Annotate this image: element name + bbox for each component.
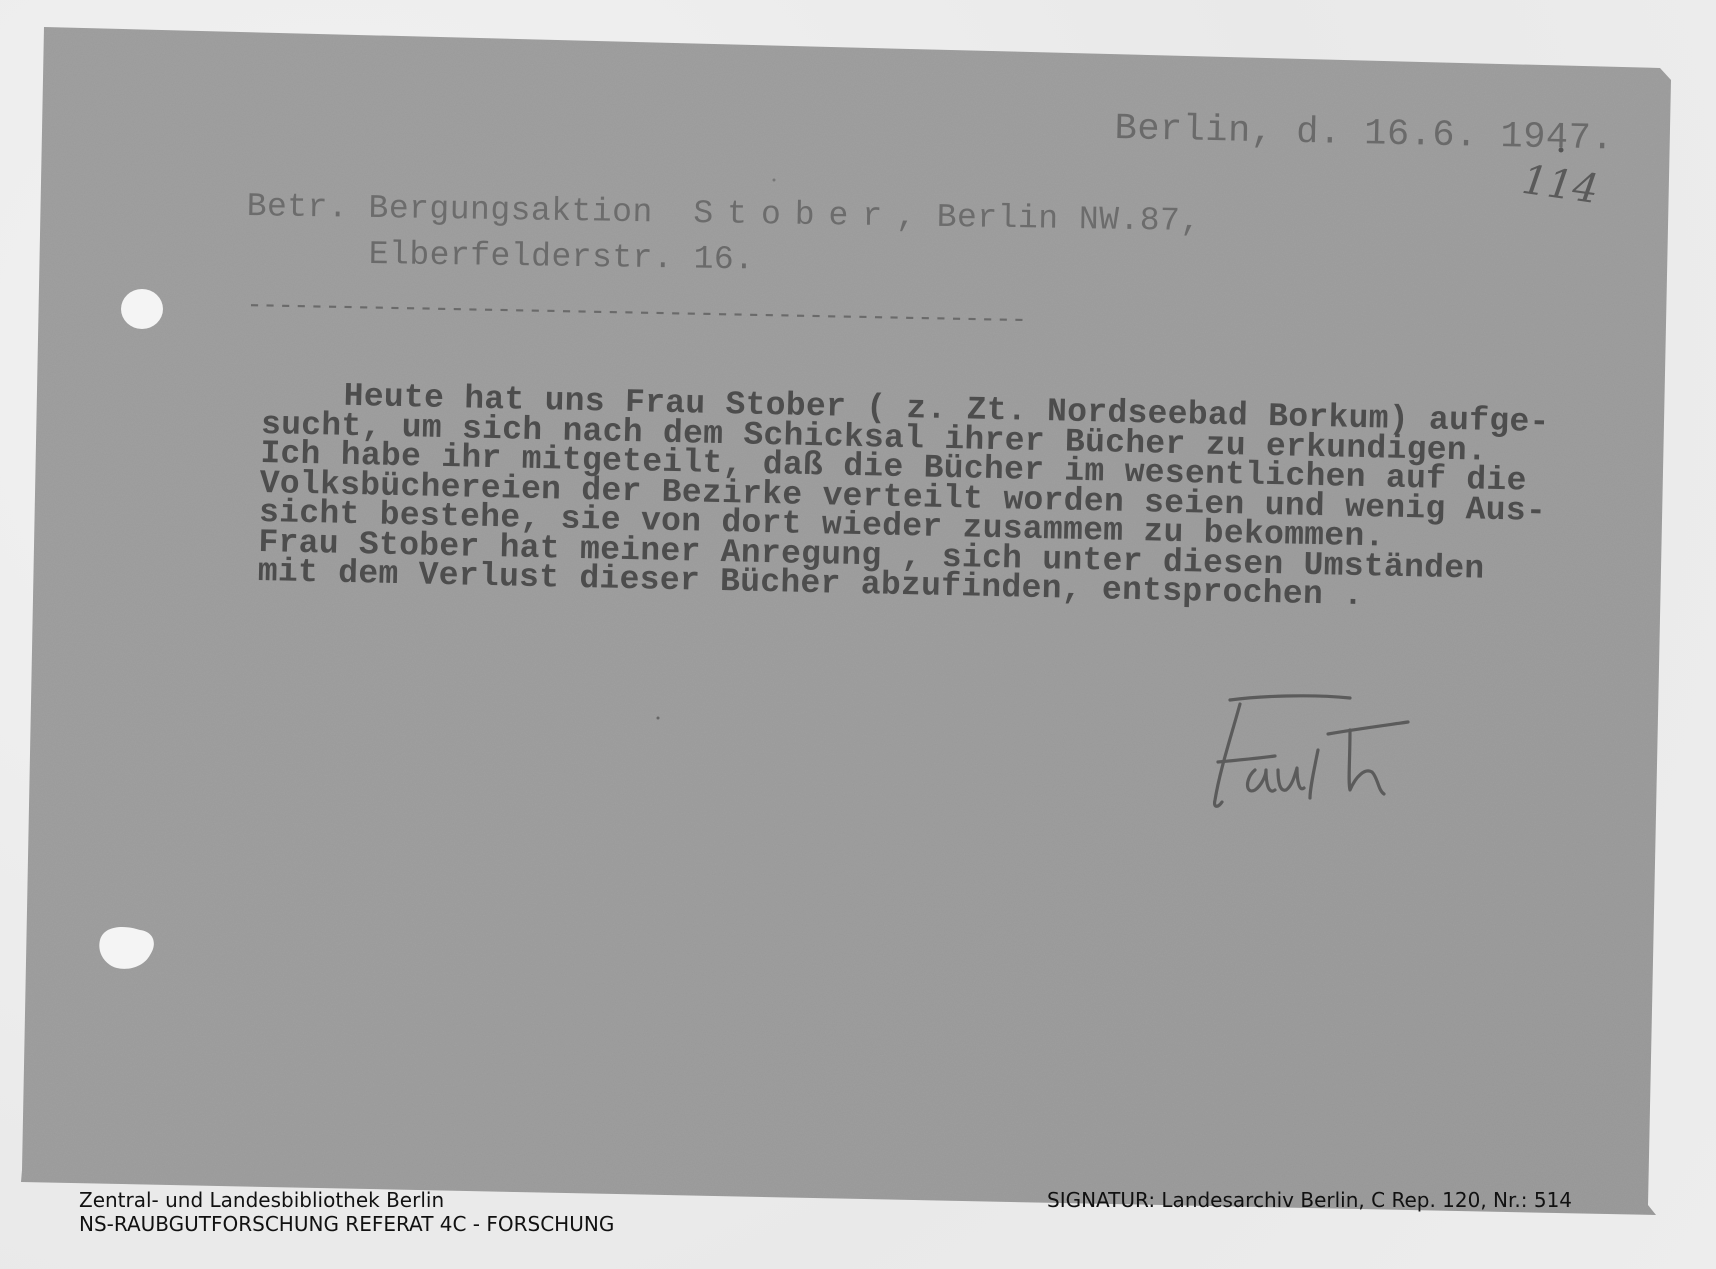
footer-department: NS-RAUBGUTFORSCHUNG REFERAT 4C - FORSCHU… [79,1212,614,1236]
subject-prefix: Betr. [246,188,348,227]
punch-hole-top [121,289,163,329]
footer-institution-block: Zentral- und Landesbibliothek Berlin NS-… [79,1188,614,1236]
handwritten-signature: Fauth [1200,690,1420,820]
subject-address: Elberfelderstr. 16. [368,236,754,278]
footer-institution: Zentral- und Landesbibliothek Berlin [79,1188,614,1212]
subject-name: Stober [693,195,896,235]
archive-card-scan: Berlin, d. 16.6. 1947. 114 Betr. Bergung… [0,0,1716,1269]
letter-body: Heute hat uns Frau Stober ( z. Zt. Nords… [257,380,1549,615]
subject-title: Bergungsaktion [368,190,653,231]
footer-signatur: SIGNATUR: Landesarchiv Berlin, C Rep. 12… [1047,1188,1572,1212]
subject-location: , Berlin NW.87, [896,198,1201,240]
